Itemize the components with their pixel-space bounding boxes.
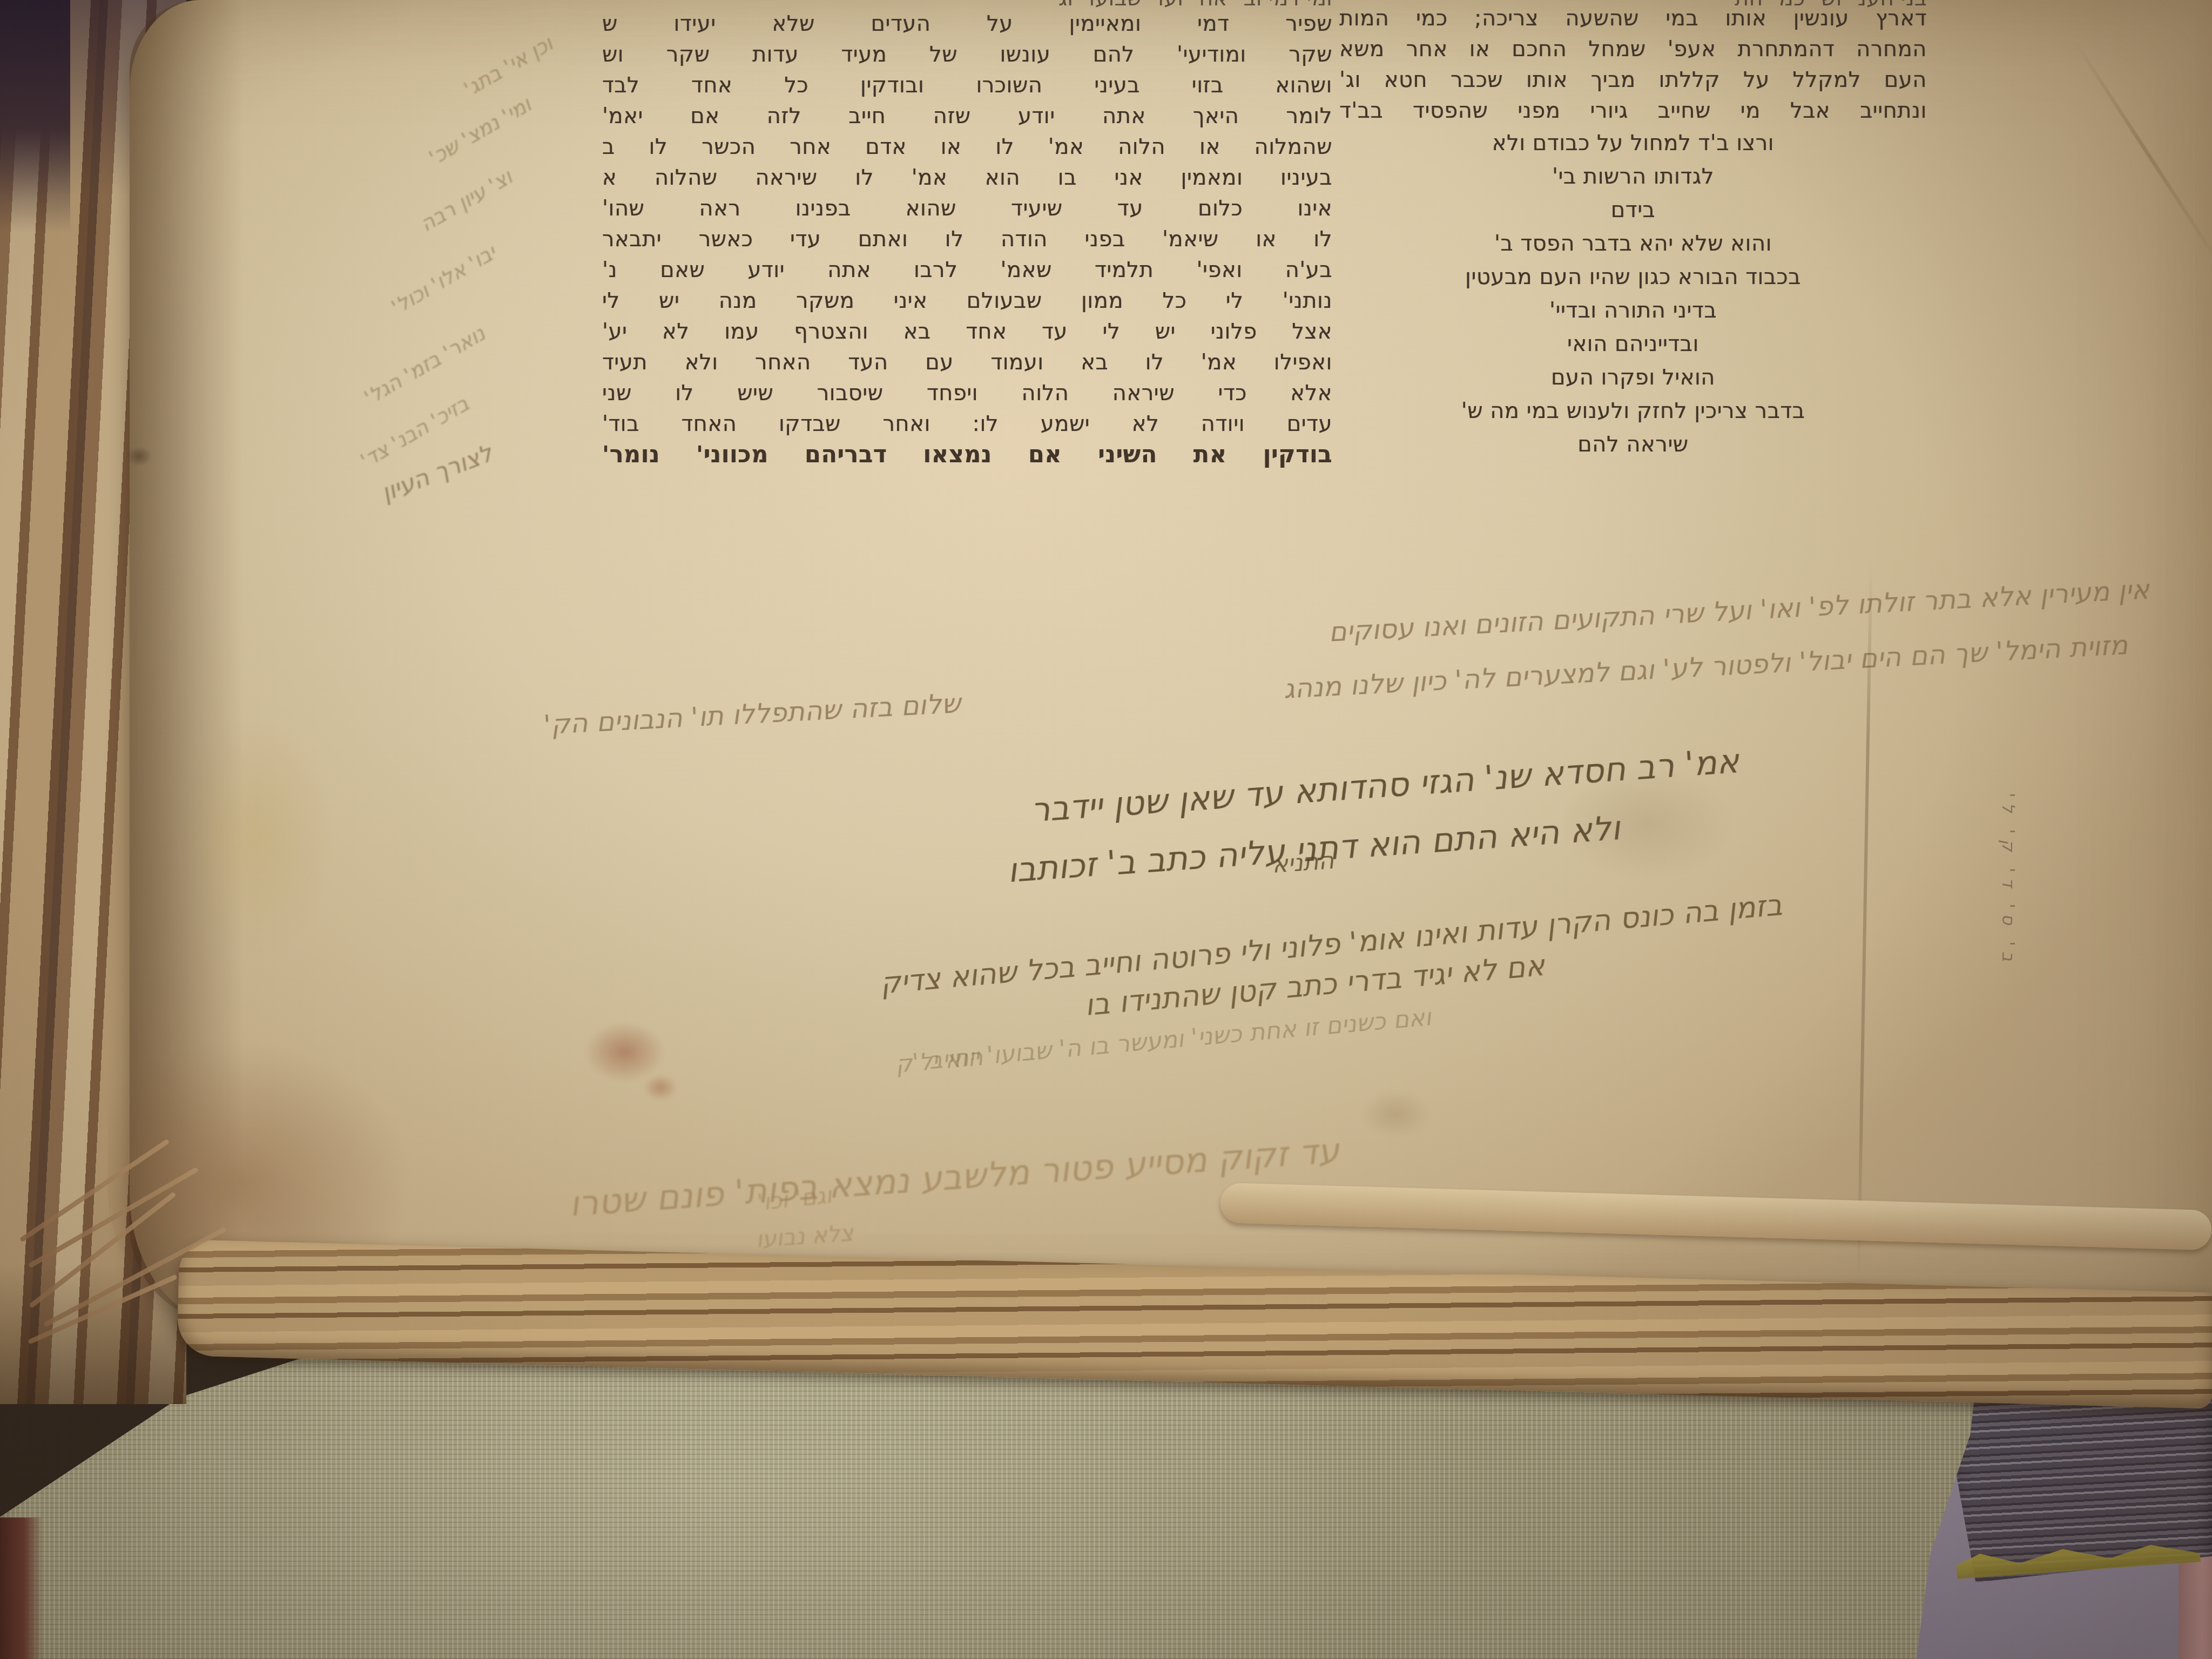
printed-line: שיראה להם: [1339, 428, 1927, 461]
printed-line: בדיני התורה ובדיי': [1339, 294, 1927, 327]
printed-line: אינו כלום עד שיעיד שהוא בפנינו ראה שהו': [602, 193, 1332, 224]
right-margin-gloss: ב' ס' ד' ק' ל': [1998, 643, 2019, 967]
printed-line: לגדותו הרשות בי': [1339, 160, 1927, 193]
printed-line: אצל פלוני יש לי עד אחד בא והצטרף עמו לא …: [602, 316, 1332, 347]
printed-line: שהמלוה או הלוה אמ' לו או אדם אחר הכשר לו…: [602, 132, 1332, 163]
printed-line: הואיל ופקרו העם: [1339, 361, 1927, 394]
ink-stain: [584, 1022, 665, 1082]
printed-line: ורצו ב'ד למחול על כבודם ולא: [1339, 126, 1927, 160]
printed-line: ובדייניהם הואי: [1339, 327, 1927, 361]
printed-line: שפיר דמי ומאיימין על העדים שלא יעידו ש: [602, 9, 1332, 39]
printed-line: אלא כדי שיראה הלוה ויפחד שיסבור שיש לו ש…: [602, 378, 1332, 409]
printed-column-right: דארץ עונשין אותו במי שהשעה צריכה; כמי המ…: [1339, 3, 1927, 461]
printed-line: ונתחייב אבל מי שחייב גיורי מפני שהפסיד ב…: [1339, 96, 1927, 126]
printed-line: לומר היאך אתה יודע שזה חייב לזה אם יאמ': [602, 101, 1332, 132]
ink-stain: [644, 1075, 677, 1101]
age-stain: [181, 718, 332, 956]
printed-line: בודקין את השיני אם נמצאו דבריהם מכווני' …: [602, 440, 1332, 470]
ink-blot: [126, 447, 151, 466]
handwritten-line: שלום בזה שהתפללו תו' הנבונים הק': [543, 679, 1116, 740]
printed-line: עדים ויודה לא ישמע לו: ואחר שבדקו האחד ב…: [602, 409, 1332, 440]
printed-line: ושהוא בזוי בעיני השוכרו ובודקין כל אחד ל…: [602, 70, 1332, 101]
page-crease: [2072, 39, 2212, 267]
handwritten-line: עד זקוק מסייע פטור מלשבע נמצא בפות' פונם…: [422, 1131, 1341, 1235]
printed-column-left: שפיר דמי ומאיימין על העדים שלא יעידו ש ש…: [602, 9, 1332, 470]
printed-line: שקר ומודיעי' להם עונשו של מעיד עדות שקר …: [602, 39, 1332, 70]
age-stain: [1361, 1091, 1431, 1137]
printed-line: והוא שלא יהא בדבר הפסד ב': [1339, 227, 1927, 260]
printed-line: המחרה דהמתחרת אעפ' שמחל החכם או אחר משא: [1339, 34, 1927, 65]
photo-scene: ומי דמי וב׳ אח׳ ועו׳ שבועו׳ וג׳ בני הענ׳…: [0, 0, 2212, 1659]
printed-line: בעיניו ומאמין אני בו הוא אמ' לו שיראה שה…: [602, 163, 1332, 193]
book-page: ומי דמי וב׳ אח׳ ועו׳ שבועו׳ וג׳ בני הענ׳…: [130, 0, 2212, 1323]
printed-line: דארץ עונשין אותו במי שהשעה צריכה; כמי המ…: [1339, 3, 1927, 34]
age-stain: [1561, 767, 1734, 880]
printed-line: לו או שיאמ' בפני הודה לו ואתם עדי כאשר י…: [602, 224, 1332, 255]
printed-line: בידם: [1339, 193, 1927, 227]
printed-line: בדבר צריכין לחזק ולענוש במי מה ש': [1339, 394, 1927, 428]
printed-line: העם למקלל על קללתו מביך אותו שכבר חטא וג…: [1339, 65, 1927, 96]
shadow-bottom-left: [0, 1518, 43, 1659]
printed-line: בע'ה ואפי' תלמיד שאמ' לרבו אתה יודע שאם …: [602, 255, 1332, 286]
printed-line: ואפילו אמ' לו בא ועמוד עם העד האחר ולא ת…: [602, 347, 1332, 378]
printed-line: נותני' לי כל ממון שבעולם איני משקר מנה י…: [602, 286, 1332, 316]
printed-line: בכבוד הבורא כגון שהיו העם מבעטין: [1339, 260, 1927, 294]
shadow-top-left: [0, 0, 70, 232]
